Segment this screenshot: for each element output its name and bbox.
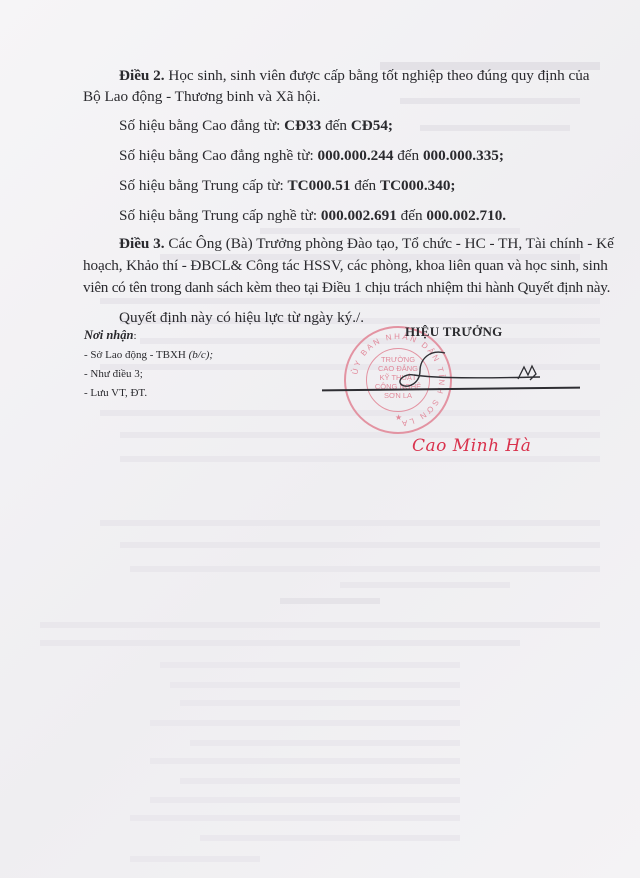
signer-name: Cao Minh Hà (412, 436, 531, 456)
article-3-cont-2: viên có tên trong danh sách kèm theo tại… (83, 278, 610, 297)
serial-to: 000.002.710. (426, 207, 506, 224)
article-2: Điều 2. Học sinh, sinh viên được cấp bằn… (119, 66, 590, 85)
handwritten-signature (390, 345, 550, 405)
article-3-text: Các Ông (Bà) Trưởng phòng Đào tạo, Tổ ch… (165, 235, 614, 252)
serial-to: TC000.340; (380, 177, 456, 194)
serial-cdn: Số hiệu bằng Cao đẳng nghề từ: 000.000.2… (119, 146, 504, 165)
serial-tc: Số hiệu bằng Trung cấp từ: TC000.51 đến … (119, 176, 455, 195)
recipient-item: - Lưu VT, ĐT. (84, 384, 213, 403)
serial-from: CĐ33 (284, 117, 321, 134)
recipient-item: - Sở Lao động - TBXH (b/c); (84, 346, 213, 365)
serial-to: CĐ54; (351, 117, 393, 134)
signer-title: HIỆU TRƯỞNG (405, 324, 503, 340)
article-3-label: Điều 3. (119, 235, 165, 252)
serial-from: 000.000.244 (317, 147, 393, 164)
effective-clause: Quyết định này có hiệu lực từ ngày ký./. (119, 308, 364, 327)
recipients-block: Nơi nhận: - Sở Lao động - TBXH (b/c); - … (84, 326, 213, 403)
recipient-item: - Như điều 3; (84, 365, 213, 384)
serial-tcn: Số hiệu bằng Trung cấp nghề từ: 000.002.… (119, 206, 506, 225)
article-2-cont: Bộ Lao động - Thương binh và Xã hội. (83, 87, 320, 106)
scanned-page: Điều 2. Học sinh, sinh viên được cấp bằn… (0, 0, 640, 878)
serial-cd: Số hiệu bằng Cao đẳng từ: CĐ33 đến CĐ54; (119, 116, 393, 135)
serial-from: 000.002.691 (321, 207, 397, 224)
article-2-text: Học sinh, sinh viên được cấp bằng tốt ng… (165, 67, 590, 84)
serial-from: TC000.51 (288, 177, 351, 194)
article-3-cont-1: hoạch, Khảo thí - ĐBCL& Công tác HSSV, c… (83, 256, 608, 275)
article-2-label: Điều 2. (119, 67, 165, 84)
svg-text:★: ★ (395, 413, 402, 422)
recipients-title: Nơi nhận: (84, 326, 213, 346)
article-3: Điều 3. Các Ông (Bà) Trưởng phòng Đào tạ… (119, 234, 614, 253)
serial-to: 000.000.335; (423, 147, 504, 164)
